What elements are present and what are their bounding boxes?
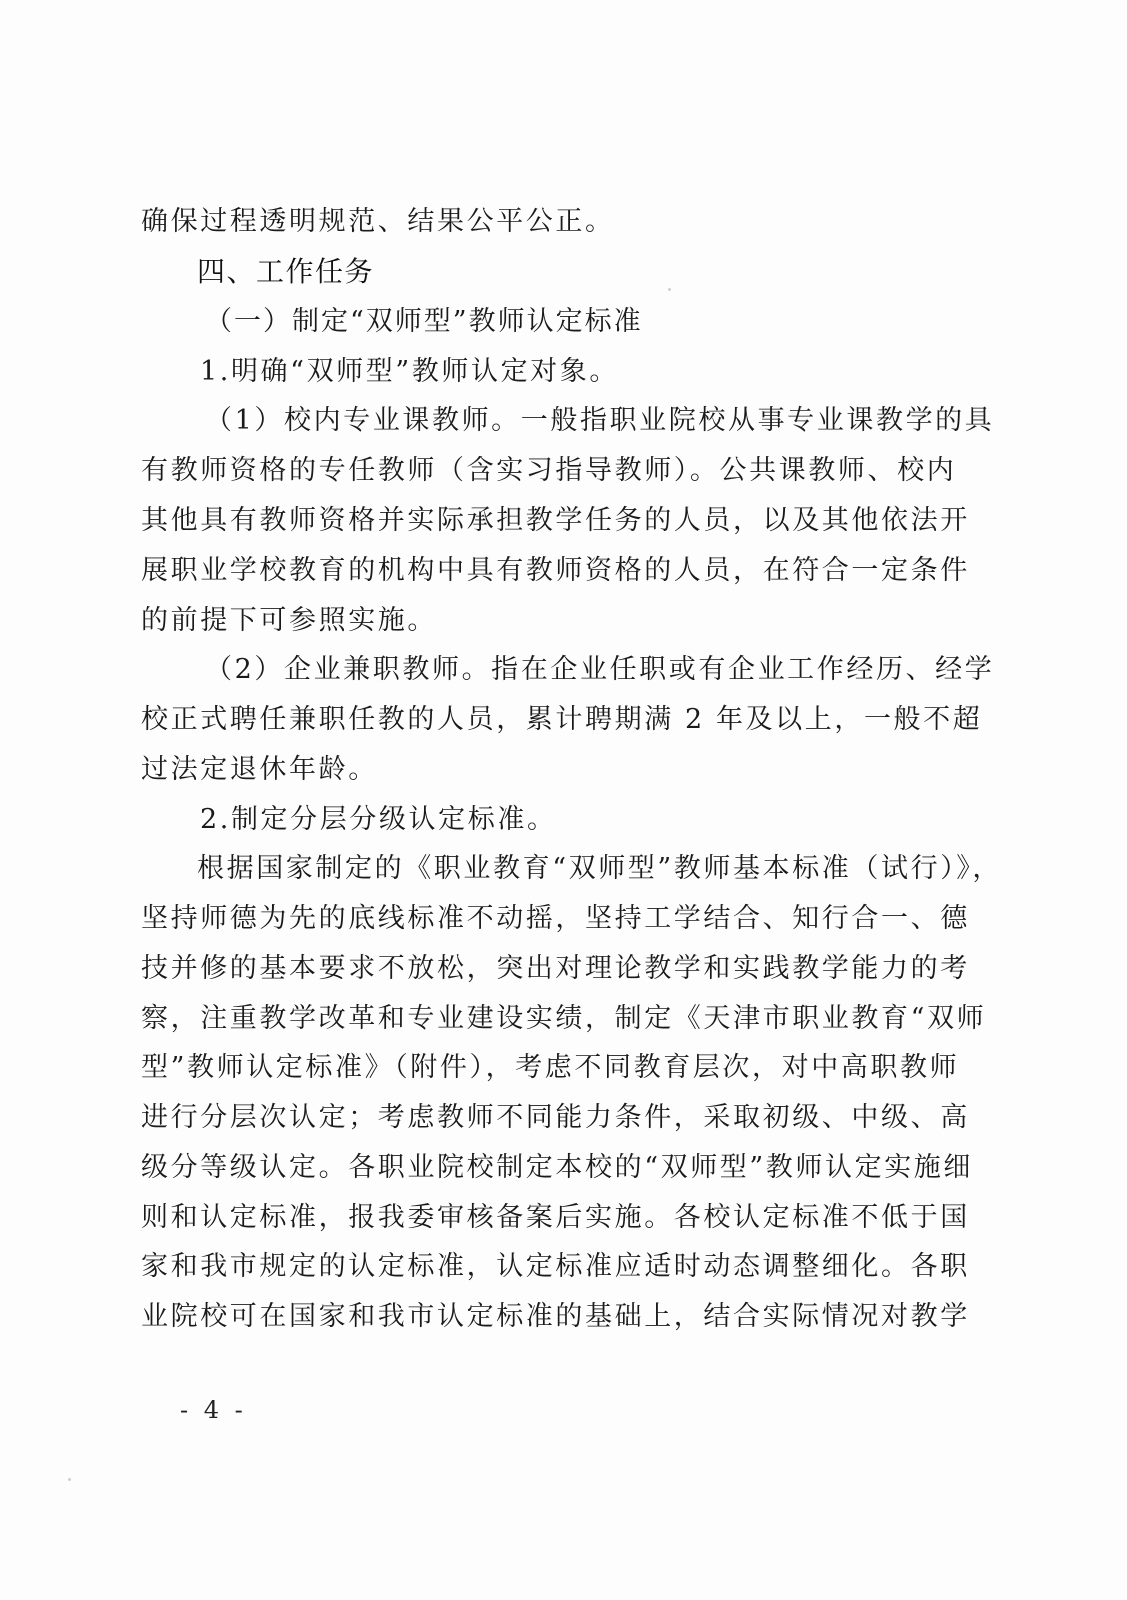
paragraph-line: 确保过程透明规范、结果公平公正。 — [141, 202, 991, 242]
paragraph-line: （1）校内专业课教师。一般指职业院校从事专业课教学的具 — [205, 401, 1055, 441]
paragraph-line: 过法定退休年龄。 — [141, 750, 991, 790]
paragraph-line: 型”教师认定标准》（附件），考虑不同教育层次，对中高职教师 — [141, 1048, 991, 1088]
subsection-heading: （一）制定“双师型”教师认定标准 — [205, 302, 1055, 342]
paragraph-line: 坚持师德为先的底线标准不动摇，坚持工学结合、知行合一、德 — [141, 899, 991, 939]
page-number: - 4 - — [180, 1396, 247, 1424]
scan-speck — [68, 1478, 71, 1481]
paragraph-line: 技并修的基本要求不放松，突出对理论教学和实践教学能力的考 — [141, 949, 991, 989]
document-page: 确保过程透明规范、结果公平公正。 四、工作任务 （一）制定“双师型”教师认定标准… — [0, 0, 1127, 1600]
paragraph-line: 的前提下可参照实施。 — [141, 601, 991, 641]
item-heading: 2.制定分层分级认定标准。 — [200, 800, 1050, 840]
paragraph-line: 进行分层次认定；考虑教师不同能力条件，采取初级、中级、高 — [141, 1098, 991, 1138]
paragraph-line: 家和我市规定的认定标准，认定标准应适时动态调整细化。各职 — [141, 1247, 991, 1287]
paragraph-line: 其他具有教师资格并实际承担教学任务的人员，以及其他依法开 — [141, 501, 991, 541]
paragraph-line: 级分等级认定。各职业院校制定本校的“双师型”教师认定实施细 — [141, 1148, 991, 1188]
paragraph-line: 根据国家制定的《职业教育“双师型”教师基本标准（试行）》， — [197, 849, 1047, 889]
paragraph-line: 则和认定标准，报我委审核备案后实施。各校认定标准不低于国 — [141, 1198, 991, 1238]
paragraph-line: 有教师资格的专任教师（含实习指导教师）。公共课教师、校内 — [141, 451, 991, 491]
paragraph-line: 业院校可在国家和我市认定标准的基础上，结合实际情况对教学 — [141, 1297, 991, 1337]
paragraph-line: （2）企业兼职教师。指在企业任职或有企业工作经历、经学 — [205, 650, 1055, 690]
item-heading: 1.明确“双师型”教师认定对象。 — [200, 352, 1050, 392]
paragraph-line: 校正式聘任兼职任教的人员，累计聘期满 2 年及以上，一般不超 — [141, 700, 991, 740]
scan-speck — [668, 288, 671, 291]
paragraph-line: 展职业学校教育的机构中具有教师资格的人员，在符合一定条件 — [141, 551, 991, 591]
section-heading: 四、工作任务 — [197, 252, 1047, 292]
paragraph-line: 察，注重教学改革和专业建设实绩，制定《天津市职业教育“双师 — [141, 999, 991, 1039]
